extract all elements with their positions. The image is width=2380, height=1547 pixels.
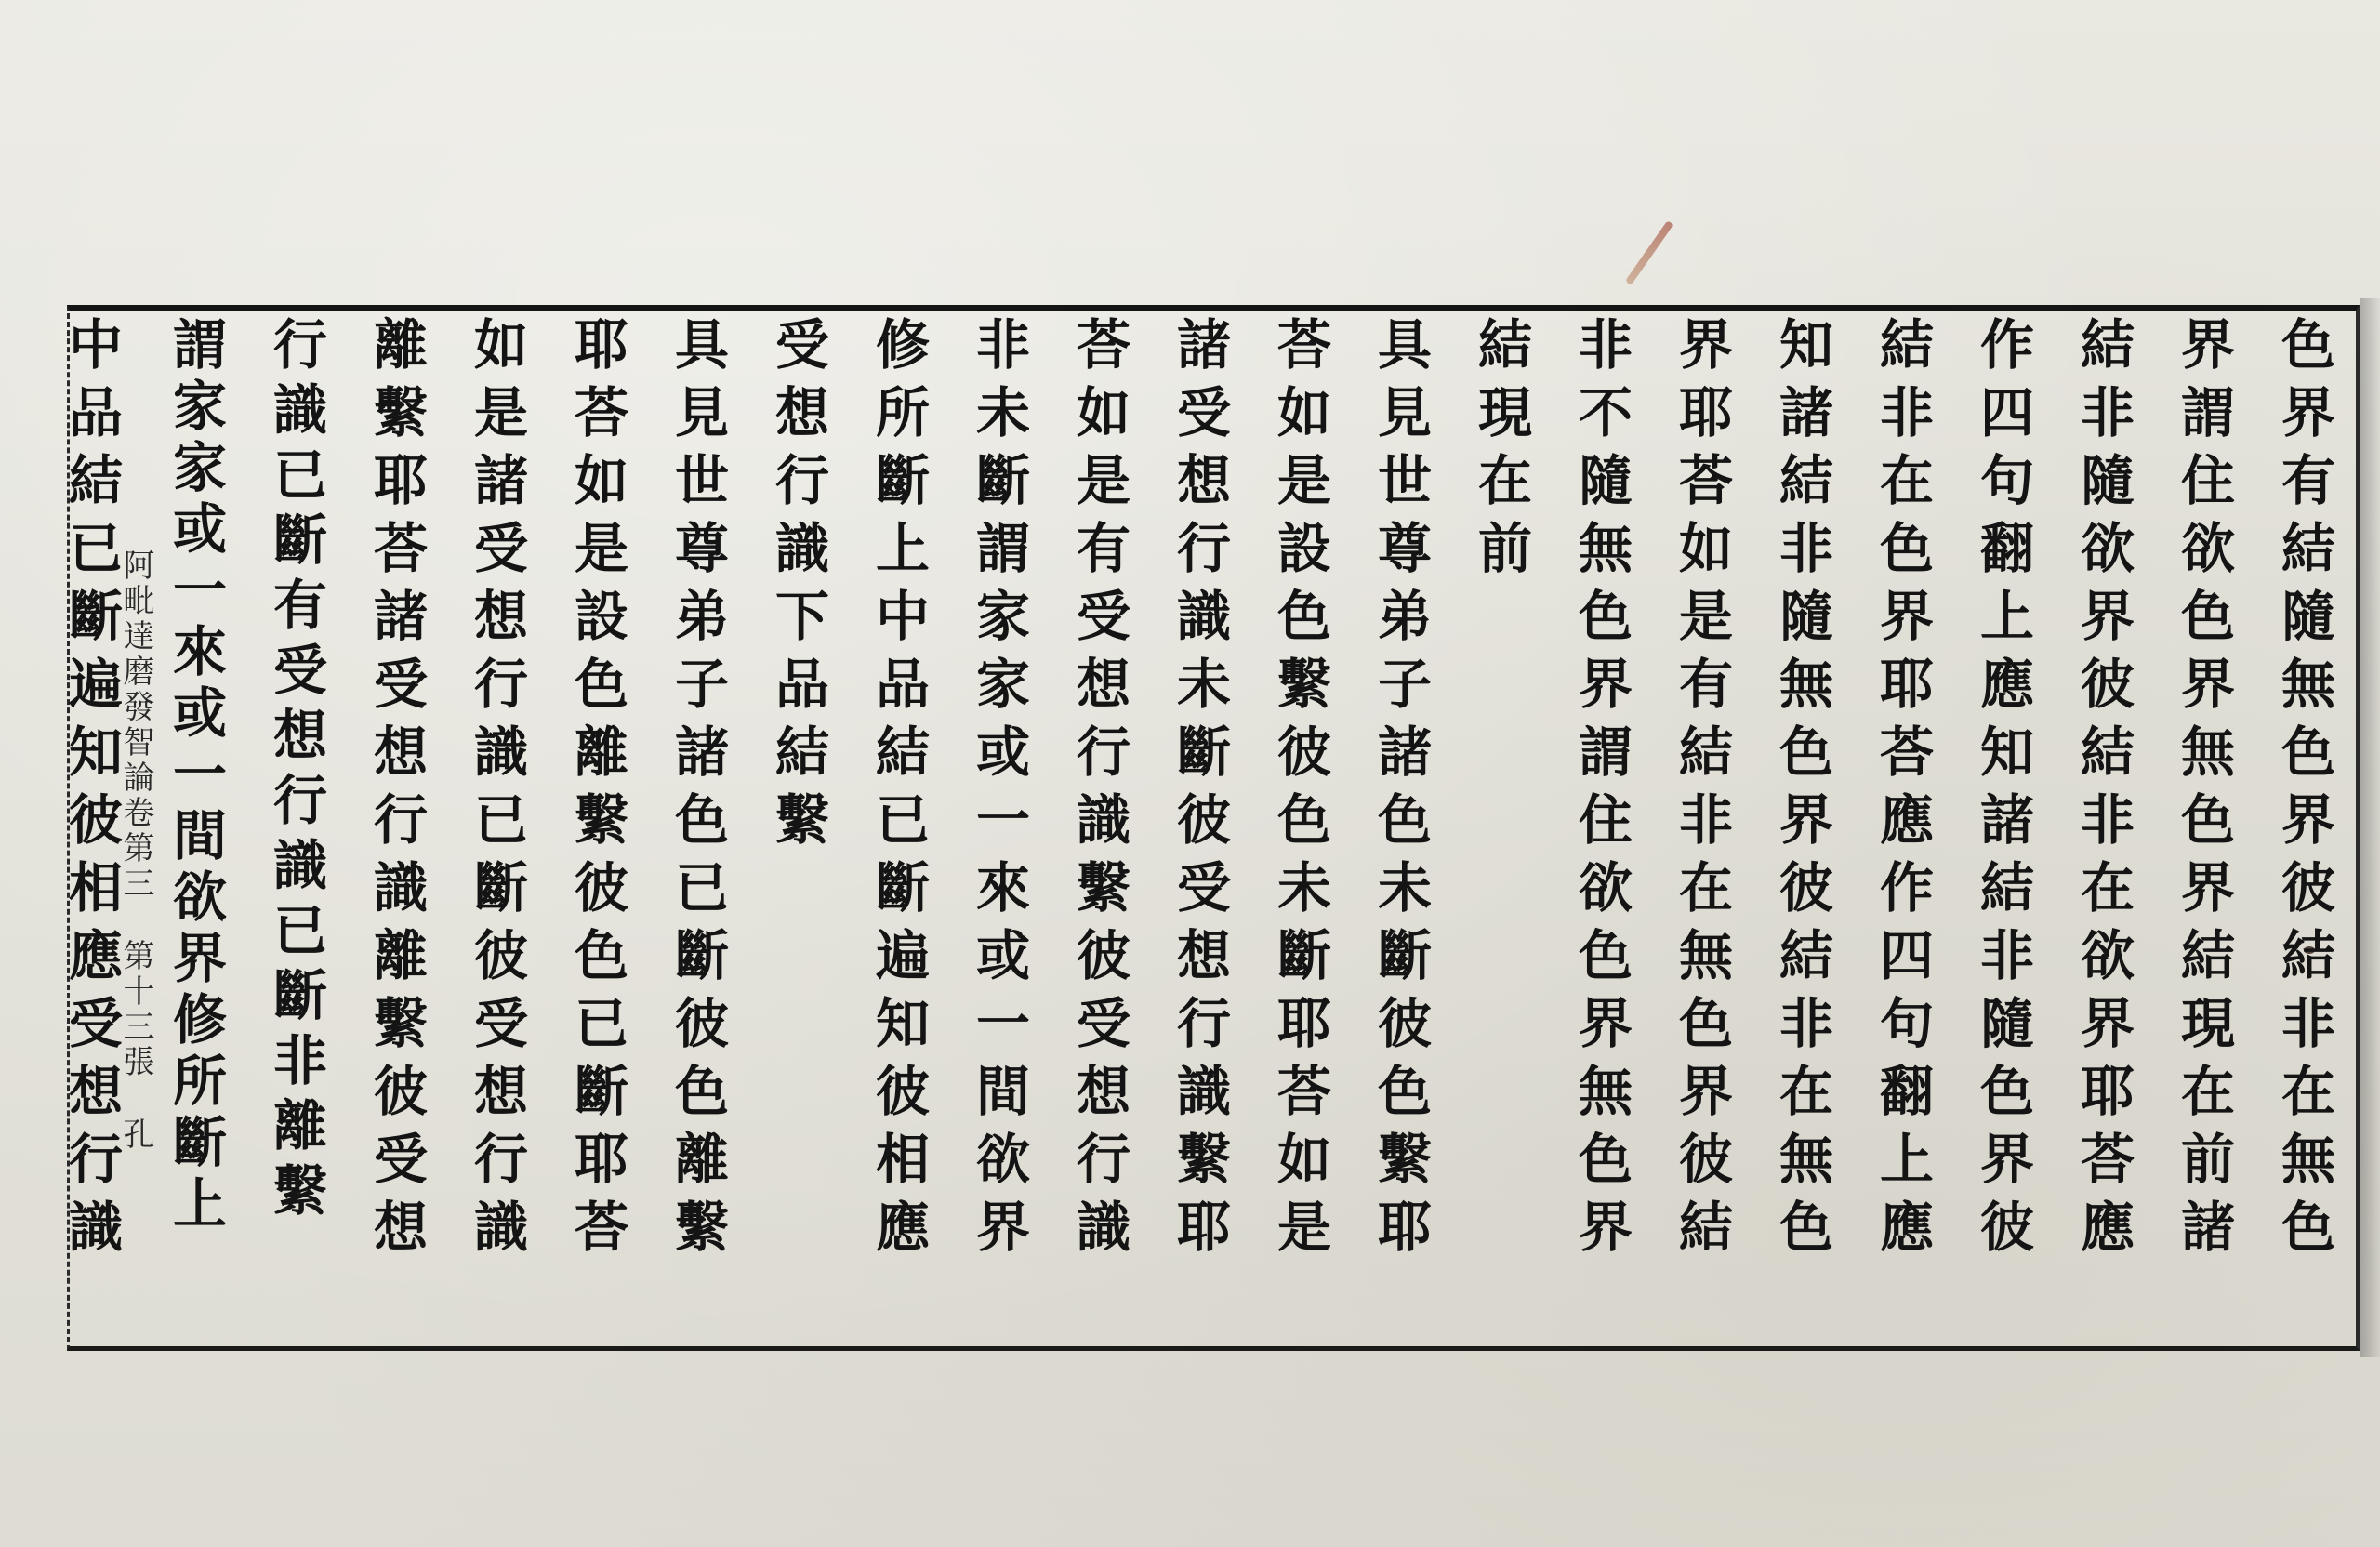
text-column-16: 受想行識下品結繫 [770, 316, 826, 859]
text-column-20: 離繫耶荅諸受想行識離繫彼受想 [368, 316, 424, 1266]
text-column-22: 謂家家或一來或一間欲界修所斷上 [167, 316, 223, 1236]
text-column-23: 中品結已斷遍知彼相應受想行識 [67, 316, 119, 1266]
text-column-11: 荅如是設色繫彼色未斷耶荅如是 [1272, 316, 1328, 1266]
text-column-21: 行識已斷有受想行識已斷非離繫 [268, 316, 324, 1227]
text-column-13: 荅如是有受想行識繫彼受想行識 [1071, 316, 1127, 1266]
text-column-7: 界耶荅如是有結非在無色界彼結 [1673, 316, 1729, 1266]
text-column-2: 界謂住欲色界無色界結現在前諸 [2175, 316, 2231, 1266]
text-column-10: 具見世尊弟子諸色未斷彼色繫耶 [1372, 316, 1428, 1266]
text-column-14: 非未斷謂家家或一來或一間欲界 [971, 316, 1026, 1266]
text-column-4: 作四句翻上應知諸結非隨色界彼 [1975, 316, 2030, 1266]
text-column-6: 知諸結非隨無色界彼結非在無色 [1774, 316, 1830, 1266]
text-column-1: 色界有結隨無色界彼結非在無色 [2276, 316, 2332, 1266]
text-column-8: 非不隨無色界謂住欲色界無色界 [1573, 316, 1629, 1266]
text-column-15: 修所斷上中品結已斷遍知彼相應 [870, 316, 926, 1266]
text-column-12: 諸受想行識未斷彼受想行識繫耶 [1171, 316, 1227, 1266]
frame-edge-shadow [2360, 297, 2380, 1357]
text-column-17: 具見世尊弟子諸色已斷彼色離繫 [669, 316, 725, 1266]
text-column-18: 耶荅如是設色離繫彼色已斷耶荅 [569, 316, 625, 1266]
text-column-9: 結現在前 [1473, 316, 1528, 588]
text-column-19: 如是諸受想行識已斷彼受想行識 [469, 316, 524, 1266]
text-column-3: 結非隨欲界彼結非在欲界耶荅應 [2075, 316, 2131, 1266]
text-column-5: 結非在色界耶荅應作四句翻上應 [1874, 316, 1930, 1266]
